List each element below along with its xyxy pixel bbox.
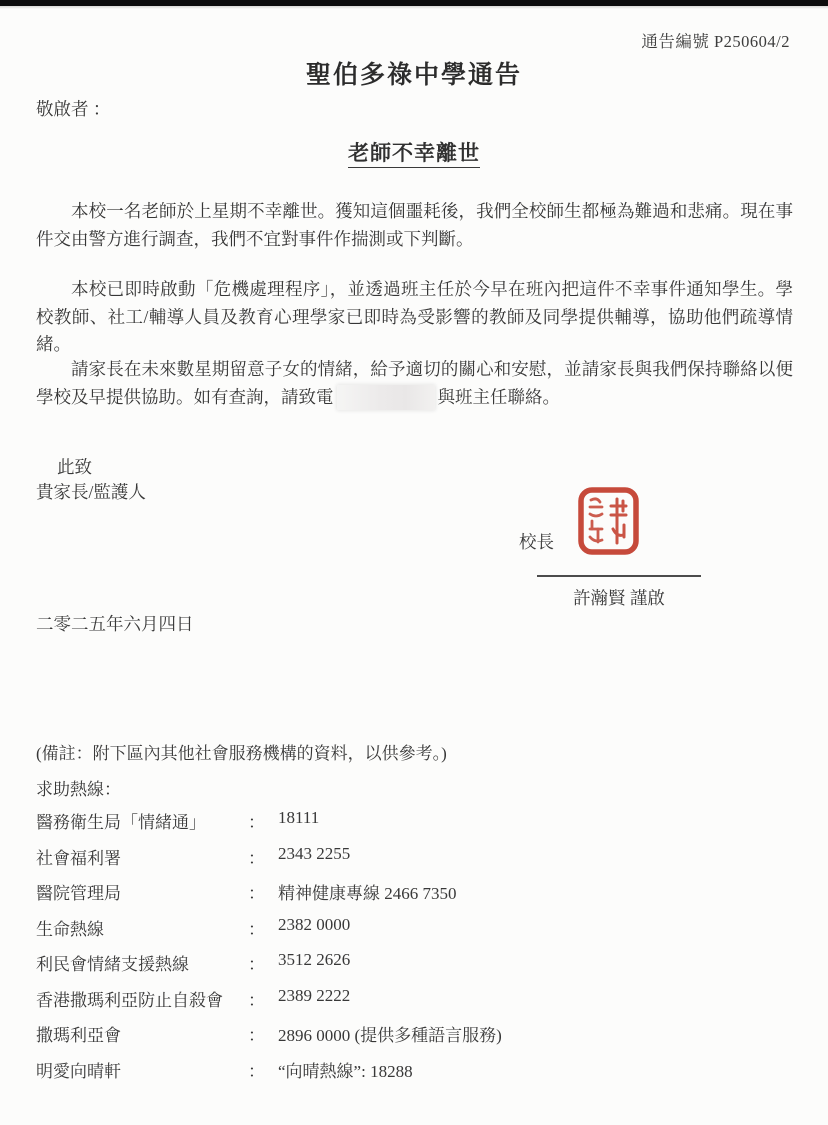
paragraph-parent-advice-tail: 與班主任聯絡。: [438, 387, 561, 407]
paragraph-parent-advice: 請家長在未來數星期留意子女的情緒，給予適切的關心和安慰，並請家長與我們保持聯絡以…: [36, 356, 793, 411]
notice-number: 通告編號 P250604/2: [641, 28, 790, 52]
hotline-colon: ：: [248, 808, 278, 833]
hotline-name: 明愛向晴軒: [36, 1057, 248, 1082]
subject-text: 老師不幸離世: [348, 141, 480, 168]
salutation: 敬啟者 ：: [36, 96, 110, 121]
hotline-colon: ：: [248, 844, 278, 869]
subject-heading: 老師不幸離世: [0, 137, 828, 167]
hotline-number: 2382 0000: [278, 915, 350, 935]
closing-recipient: 貴家長/監護人: [36, 479, 146, 504]
hotline-colon: ：: [248, 915, 278, 940]
hotline-colon: ：: [248, 950, 278, 975]
hotline-row: 社會福利署 ： 2343 2255: [36, 844, 793, 880]
hotline-row: 生命熱線 ： 2382 0000: [36, 915, 793, 951]
hotline-number: 2343 2255: [278, 844, 350, 864]
hotline-row: 撒瑪利亞會 ： 2896 0000 (提供多種語言服務): [36, 1021, 793, 1057]
hotline-name: 社會福利署: [36, 844, 248, 869]
hotline-number: “向晴熱線”: 18288: [278, 1057, 413, 1082]
hotline-row: 醫院管理局 ： 精神健康專線 2466 7350: [36, 879, 793, 915]
hotline-number: 2896 0000 (提供多種語言服務): [278, 1021, 502, 1046]
page-title: 聖伯多祿中學通告: [0, 55, 828, 91]
hotline-colon: ：: [248, 986, 278, 1011]
hotline-number: 2389 2222: [278, 986, 350, 1006]
paragraph-crisis-procedure: 本校已即時啟動「危機處理程序」，並透過班主任於今早在班內把這件不幸事件通知學生。…: [36, 276, 793, 359]
hotline-row: 利民會情緒支援熱線 ： 3512 2626: [36, 950, 793, 986]
hotline-name: 撒瑪利亞會: [36, 1021, 248, 1046]
hotline-colon: ：: [248, 1057, 278, 1082]
remark-note: (備註：附下區內其他社會服務機構的資料，以供參考。): [36, 739, 447, 764]
hotline-row: 醫務衛生局「情緒通」 ： 18111: [36, 808, 793, 844]
scan-edge-shadow: [0, 6, 828, 9]
hotline-name: 利民會情緒支援熱線: [36, 950, 248, 975]
hotline-row: 香港撒瑪利亞防止自殺會 ： 2389 2222: [36, 986, 793, 1022]
hotline-colon: ：: [248, 1021, 278, 1046]
hotline-heading: 求助熱線：: [36, 775, 121, 800]
signature-line: [537, 575, 701, 577]
hotline-name: 醫務衛生局「情緒通」: [36, 808, 248, 833]
hotline-name: 生命熱線: [36, 915, 248, 940]
signature-name: 許瀚賢 謹啟: [537, 585, 701, 610]
document-date: 二零二五年六月四日: [36, 611, 194, 636]
principal-label: 校長: [519, 529, 554, 554]
hotline-list: 醫務衛生局「情緒通」 ： 18111 社會福利署 ： 2343 2255 醫院管…: [36, 808, 793, 1092]
hotline-number: 精神健康專線 2466 7350: [278, 879, 457, 904]
hotline-number: 18111: [278, 808, 319, 828]
hotline-number: 3512 2626: [278, 950, 350, 970]
redacted-phone-number: [337, 385, 435, 410]
hotline-name: 醫院管理局: [36, 879, 248, 904]
hotline-name: 香港撒瑪利亞防止自殺會: [36, 986, 248, 1011]
hotline-row: 明愛向晴軒 ： “向晴熱線”: 18288: [36, 1057, 793, 1093]
hotline-colon: ：: [248, 879, 278, 904]
paragraph-incident: 本校一名老師於上星期不幸離世。獲知這個噩耗後，我們全校師生都極為難過和悲痛。現在…: [36, 198, 793, 253]
principal-seal-stamp-icon: [577, 485, 640, 557]
closing-to-label: 此致: [57, 454, 92, 479]
